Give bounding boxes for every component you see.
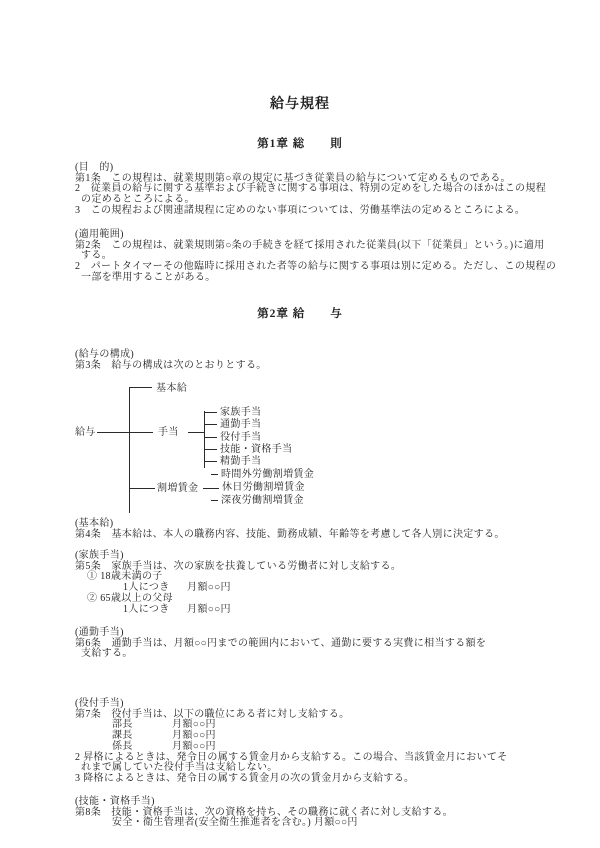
salary-structure-tree: 給与 基本給 手当 割増賃金 家族手当 通勤手当 役付手当 技能・資格手当 精勤… [0, 383, 600, 515]
rank-label: 係長 [112, 742, 172, 753]
amount-value: 月額○○円 [187, 582, 231, 593]
tree-connector [211, 474, 218, 475]
tree-connector [129, 432, 153, 433]
clause-line: 安全・衛生管理者(安全衛生推進者を含む。) 月額○○円 [75, 818, 580, 829]
tree-connector [204, 461, 217, 462]
tree-connector [204, 437, 217, 438]
rank-amount-row: 課長月額○○円 [75, 731, 580, 742]
unit-label: 1人につき [123, 605, 187, 616]
allowance-amount-row: 1人につき月額○○円 [75, 605, 580, 616]
tree-leaf-label: 時間外労働割増賃金 [221, 469, 314, 480]
rank-amount-row: 部長月額○○円 [75, 720, 580, 731]
tree-connector [204, 424, 217, 425]
tree-connector [129, 387, 130, 513]
section-composition: (給与の構成) 第3条 給与の構成は次のとおりとする。 [75, 350, 580, 371]
tree-connector [204, 412, 217, 413]
clause-line: 第6条 通勤手当は、月額○○円までの範囲内において、通勤に要する実費に相当する額… [75, 639, 580, 650]
section-scope: (適用範囲) 第2条 この規程は、就業規則第○条の手続きを経て採用された従業員(… [75, 230, 580, 284]
section-base-pay: (基本給) 第4条 基本給は、本人の職務内容、技能、勤務成績、年齢等を考慮して各… [75, 519, 580, 540]
clause-line: 3 降格によるときは、発令日の属する賃金月の次の賃金月から支給する。 [75, 774, 580, 785]
tree-leaf-label: 休日労働割増賃金 [222, 482, 305, 493]
rank-amount-row: 係長月額○○円 [75, 742, 580, 753]
tree-connector [97, 432, 129, 433]
tree-leaf-label: 役付手当 [220, 432, 261, 443]
document-page: 給与規程 第1章 総 則 (目 的) 第1条 この規程は、就業規則第○章の規定に… [0, 0, 600, 848]
tree-branch-base-label: 基本給 [156, 383, 187, 394]
tree-root-label: 給与 [75, 427, 96, 438]
tree-connector [211, 500, 218, 501]
tree-connector [129, 387, 152, 388]
clause-line: 第4条 基本給は、本人の職務内容、技能、勤務成績、年齢等を考慮して各人別に決定す… [75, 530, 580, 541]
section-family-allowance: (家族手当) 第5条 家族手当は、次の家族を扶養している労働者に対し支給する。 … [75, 551, 580, 615]
chapter-2-heading: 第2章 給 与 [0, 308, 600, 321]
amount-value: 月額○○円 [187, 604, 231, 615]
tree-leaf-label: 深夜労働割増賃金 [221, 495, 304, 506]
amount-value: 月額○○円 [172, 730, 216, 741]
clause-line: 第2条 この規程は、就業規則第○条の手続きを経て採用された従業員(以下「従業員」… [75, 241, 580, 252]
tree-connector [204, 411, 205, 468]
tree-leaf-label: 家族手当 [220, 407, 261, 418]
section-skill-allowance: (技能・資格手当) 第8条 技能・資格手当は、次の資格を持ち、その職務に就く者に… [75, 797, 580, 829]
chapter-1-heading: 第1章 総 則 [0, 138, 600, 151]
amount-value: 月額○○円 [172, 719, 216, 730]
tree-leaf-label: 通勤手当 [220, 419, 261, 430]
amount-value: 月額○○円 [172, 741, 216, 752]
tree-leaf-label: 精勤手当 [220, 456, 261, 467]
page-title: 給与規程 [0, 96, 600, 113]
tree-branch-premium-label: 割増賃金 [157, 483, 198, 494]
tree-branch-allowance-label: 手当 [158, 427, 179, 438]
clause-line: 3 この規程および関連諸規程に定めのない事項については、労働基準法の定めるところ… [75, 206, 580, 217]
tree-connector [203, 488, 219, 489]
clause-line: 第7条 役付手当は、以下の職位にある者に対し支給する。 [75, 710, 580, 721]
section-position-allowance: (役付手当) 第7条 役付手当は、以下の職位にある者に対し支給する。 部長月額○… [75, 699, 580, 785]
list-item: ② 65歳以上の父母 [75, 594, 580, 605]
clause-line: 一部を準用することがある。 [75, 273, 580, 284]
tree-connector [188, 432, 204, 433]
tree-connector [204, 449, 217, 450]
clause-line: 第3条 給与の構成は次のとおりとする。 [75, 361, 580, 372]
section-commute-allowance: (通勤手当) 第6条 通勤手当は、月額○○円までの範囲内において、通勤に要する実… [75, 628, 580, 660]
tree-leaf-label: 技能・資格手当 [220, 444, 292, 455]
section-purpose: (目 的) 第1条 この規程は、就業規則第○章の規定に基づき従業員の給与について… [75, 163, 580, 217]
tree-connector [129, 488, 155, 489]
clause-line: 支給する。 [75, 649, 580, 660]
